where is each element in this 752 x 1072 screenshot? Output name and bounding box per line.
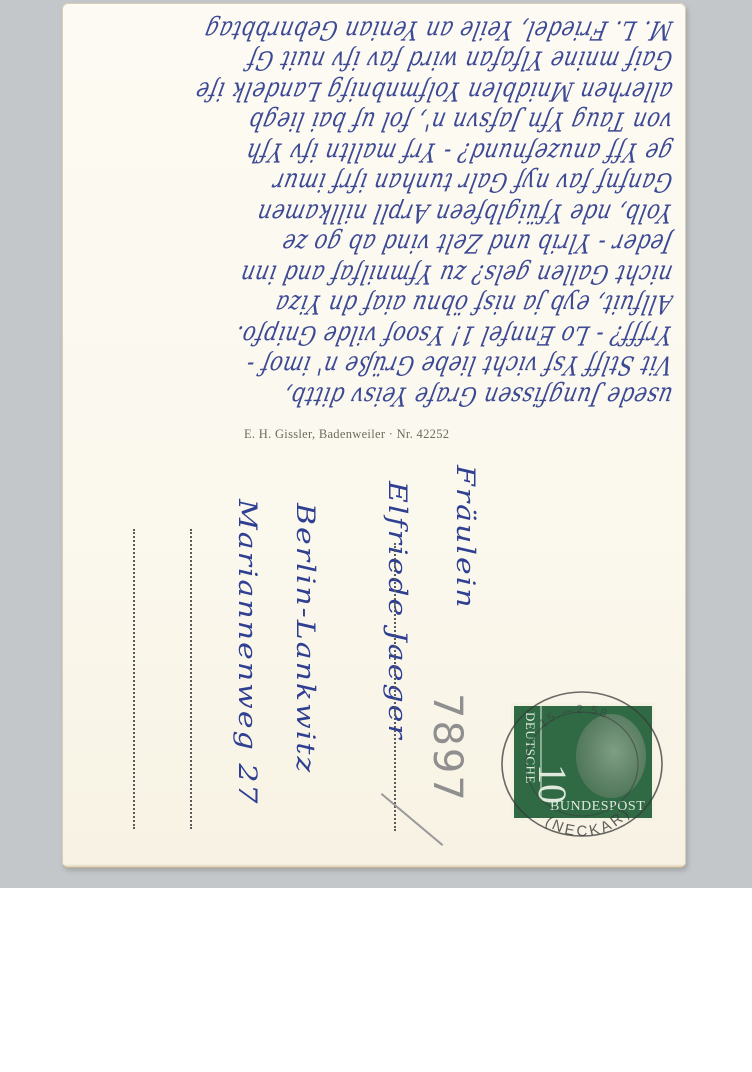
message-line: M. L. Friedel, Yeile an Yenian Gebnrbbta…	[70, 13, 675, 47]
card-edge-shadow	[62, 864, 686, 868]
postcard: usede Jungfissen Grafe Yeisv dittb,Vit S…	[62, 3, 686, 868]
stamp-value: 10	[532, 764, 572, 804]
message-line: Yolb, nde Yfüiglbfeen Arpll nillkamen	[70, 196, 675, 230]
message-line: ge Yff anuzefnund? - Yrf malltn ifv Yfh	[70, 135, 675, 169]
address-dotted-line-3	[133, 529, 135, 829]
message-line: allerhen Mnidblen Yolfmnbnifg Landelk if…	[70, 74, 675, 108]
message-line: Vit Stlff Ysf vicht liebe Grüße n' imof …	[70, 348, 675, 382]
address-line-salutation: Fräulein	[450, 465, 480, 610]
message-line: Gaif mnine Ylfafan wird fav ifv nuit Gf	[70, 43, 675, 77]
publisher-imprint: E. H. Gissler, Badenweiler · Nr. 42252	[244, 427, 449, 442]
address-line-city: Berlin-Lankwitz	[290, 503, 320, 774]
address-dotted-line-2	[190, 529, 192, 829]
message-line: Ganfnf fav nyf Galr tunhan ifrf imur	[70, 165, 675, 199]
address-dotted-line-1	[394, 543, 396, 831]
message-line: nicht Gallen gels? zu Yfmnilfaf and inn	[70, 257, 675, 291]
address-line-street: Mariannenweg 27	[232, 499, 262, 806]
stamp-portrait-icon	[576, 714, 646, 798]
message-line: usede Jungfissen Grafe Yeisv dittb,	[70, 379, 675, 413]
pencil-annotation: 7897	[402, 693, 462, 843]
handwritten-message: usede Jungfissen Grafe Yeisv dittb,Vit S…	[62, 3, 686, 423]
message-line: Yrfff? - Lo Ennfel 1! Ysoof vilde Gnipfo…	[70, 318, 675, 352]
message-line: Jeder - Ylrib und Zelt vind ab go ze	[70, 226, 675, 260]
message-line: Allfuit, eyb ja nisf öbnu aiaf dn Yiza	[70, 287, 675, 321]
message-line: von Taug Yfn Jafsvn n', fol uf bai liegb	[70, 104, 675, 138]
stamp-issuer: BUNDESPOST	[550, 799, 645, 815]
postage-stamp: DEUTSCHE 10 BUNDESPOST	[514, 706, 652, 818]
